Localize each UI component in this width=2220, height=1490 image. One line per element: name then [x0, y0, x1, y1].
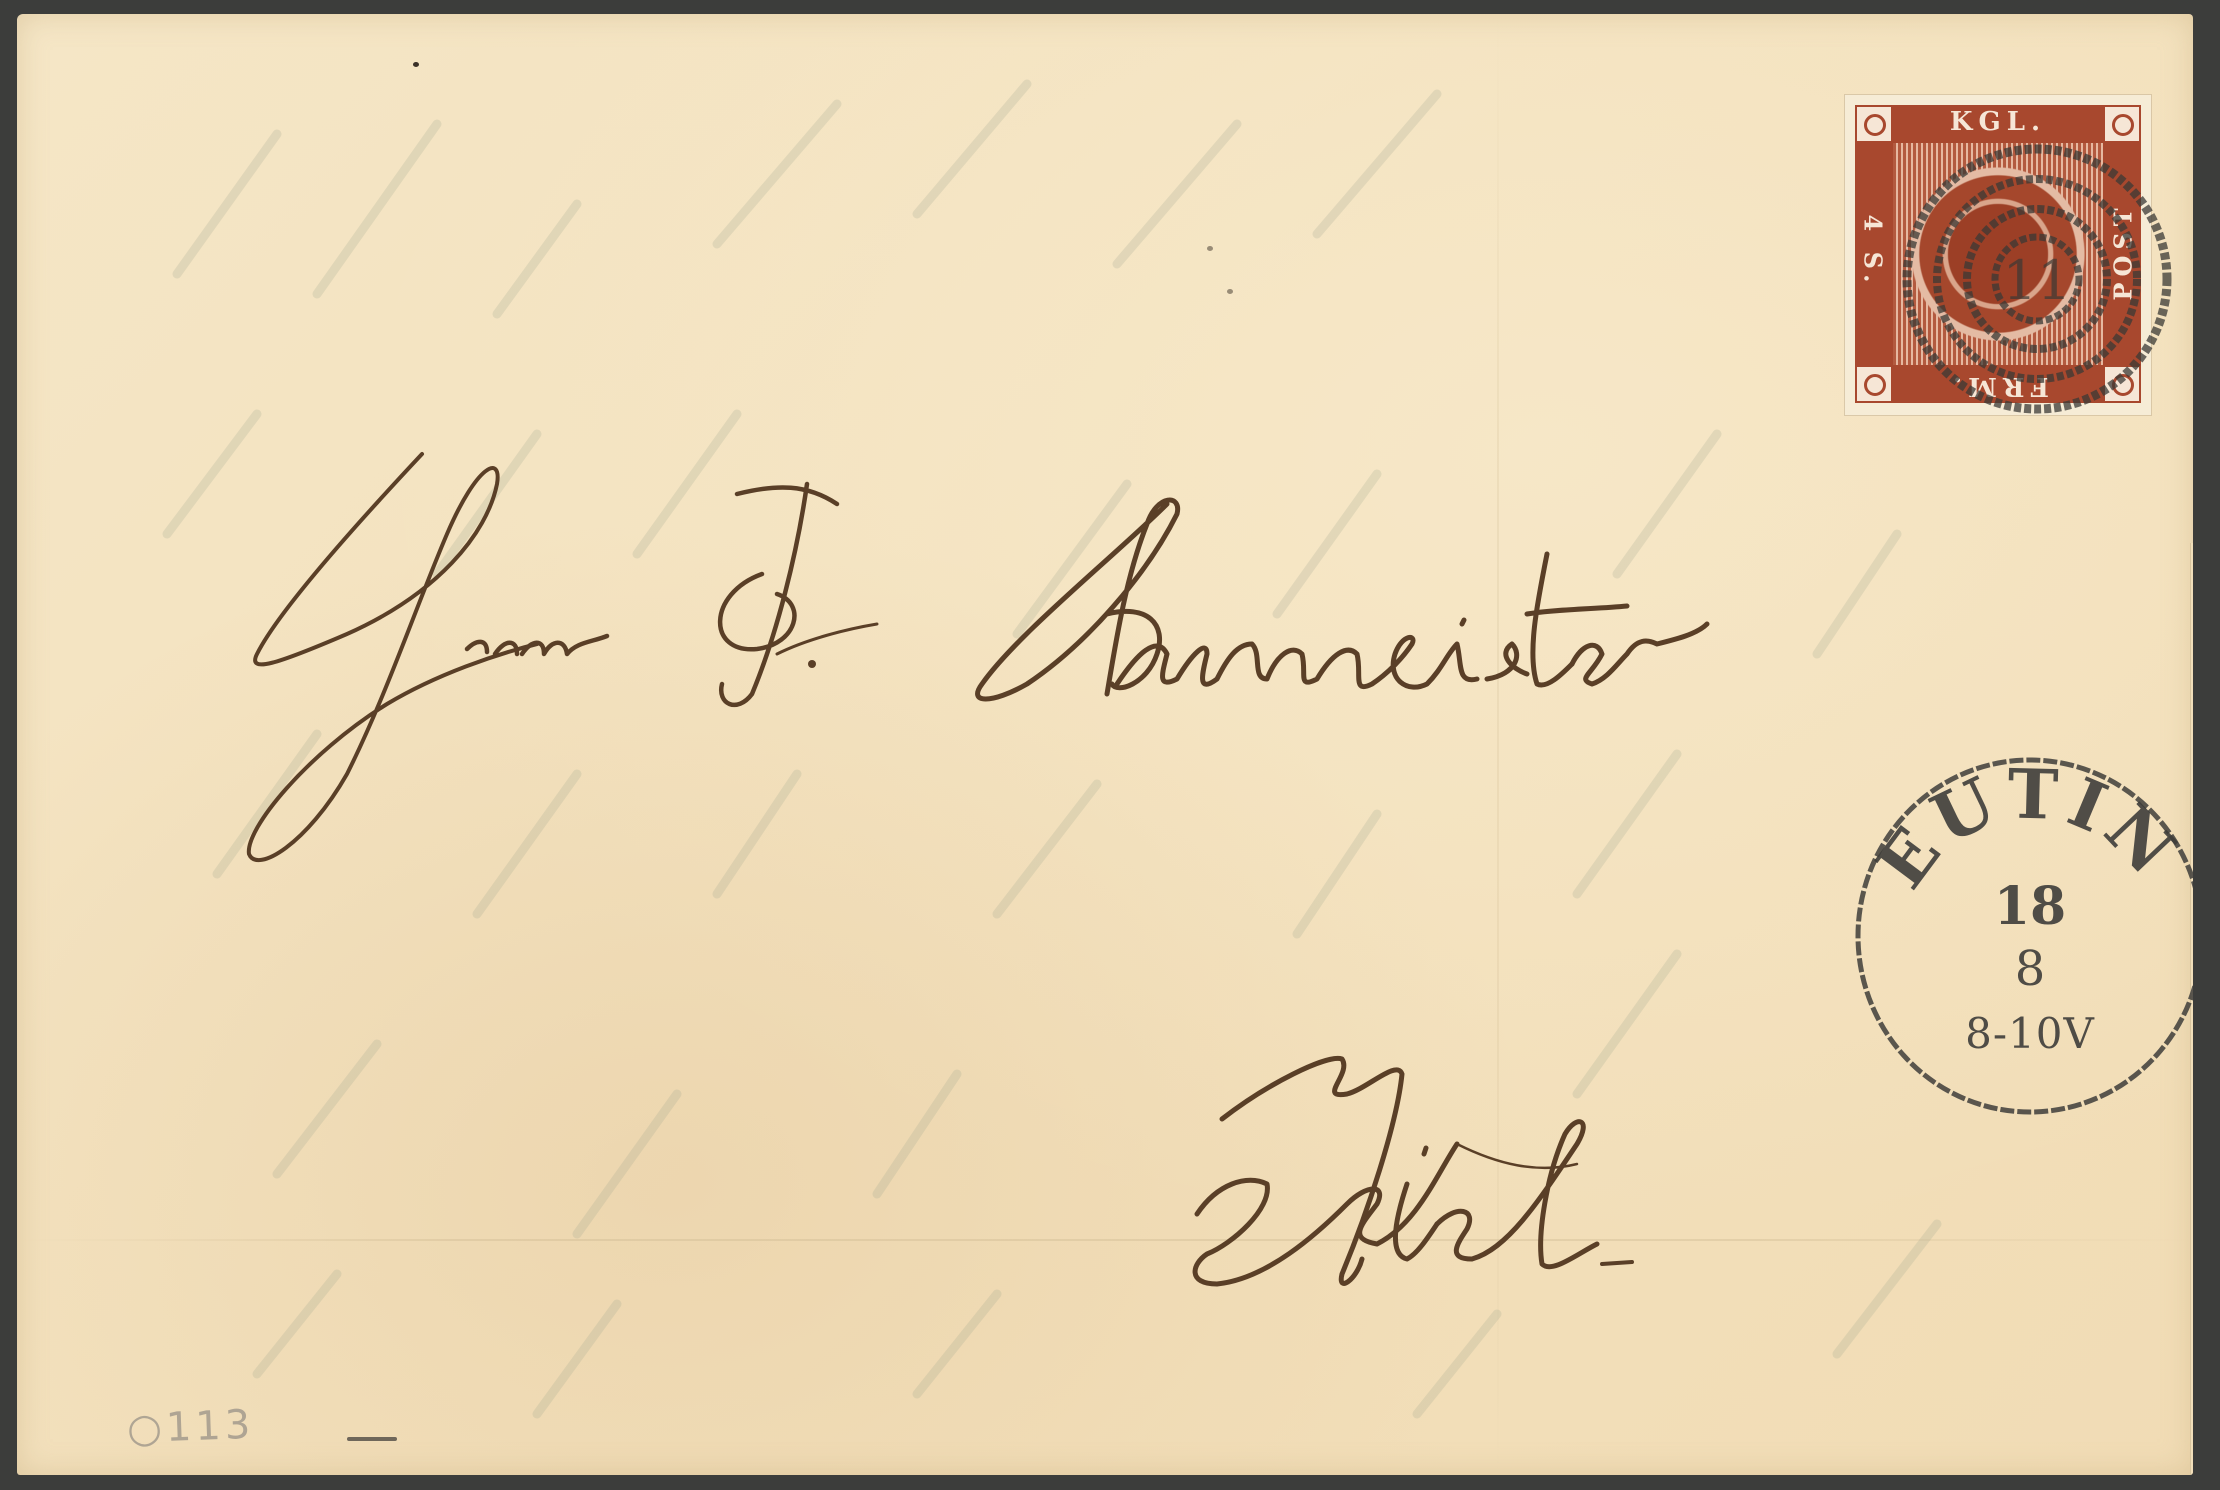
target-cancel-postmark: 11: [1897, 134, 2177, 424]
ink-speck: [1207, 246, 1213, 251]
stamp-value-label: 4 S.: [1859, 142, 1888, 362]
address-line-kiel: [1195, 1058, 1632, 1284]
circular-date-postmark: EUTIN 18 8 8-10V EUTIN: [1849, 751, 2193, 1121]
pencil-notation: ○113: [126, 1402, 255, 1452]
address-line-herrn: [249, 454, 607, 860]
address-line-burmeister: [978, 500, 1707, 699]
postmark-time: 8-10V: [1849, 1009, 2193, 1058]
pencil-dash: [347, 1437, 397, 1441]
address-line-initial: [720, 484, 877, 705]
svg-text:11: 11: [2003, 249, 2072, 312]
postmark-day: 18: [1849, 876, 2193, 937]
postmark-month: 8: [1849, 941, 2193, 997]
ink-speck: [1227, 289, 1233, 294]
post-horn-icon: [1857, 367, 1891, 401]
post-horn-icon: [1857, 107, 1891, 141]
postal-cover: Herrn F. Burmeister Kiel KGL. FRM. 4 S. …: [17, 14, 2193, 1475]
ink-speck: [413, 62, 419, 67]
stamp-top-label: KGL.: [1855, 107, 2141, 137]
